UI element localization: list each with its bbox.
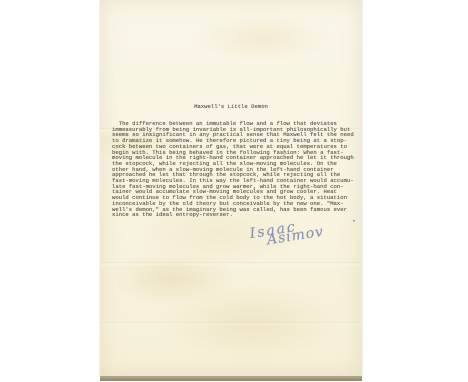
typed-paragraph: The difference between an immutable flow… xyxy=(112,121,360,218)
document-title: Maxwell's Little Demon xyxy=(100,104,362,110)
fold-crease-bottom xyxy=(100,322,362,326)
fold-crease-middle xyxy=(100,262,362,266)
paper-sheet: Maxwell's Little Demon The difference be… xyxy=(100,0,362,376)
document-photo: Maxwell's Little Demon The difference be… xyxy=(0,0,468,382)
paper-bottom-edge xyxy=(100,376,362,381)
